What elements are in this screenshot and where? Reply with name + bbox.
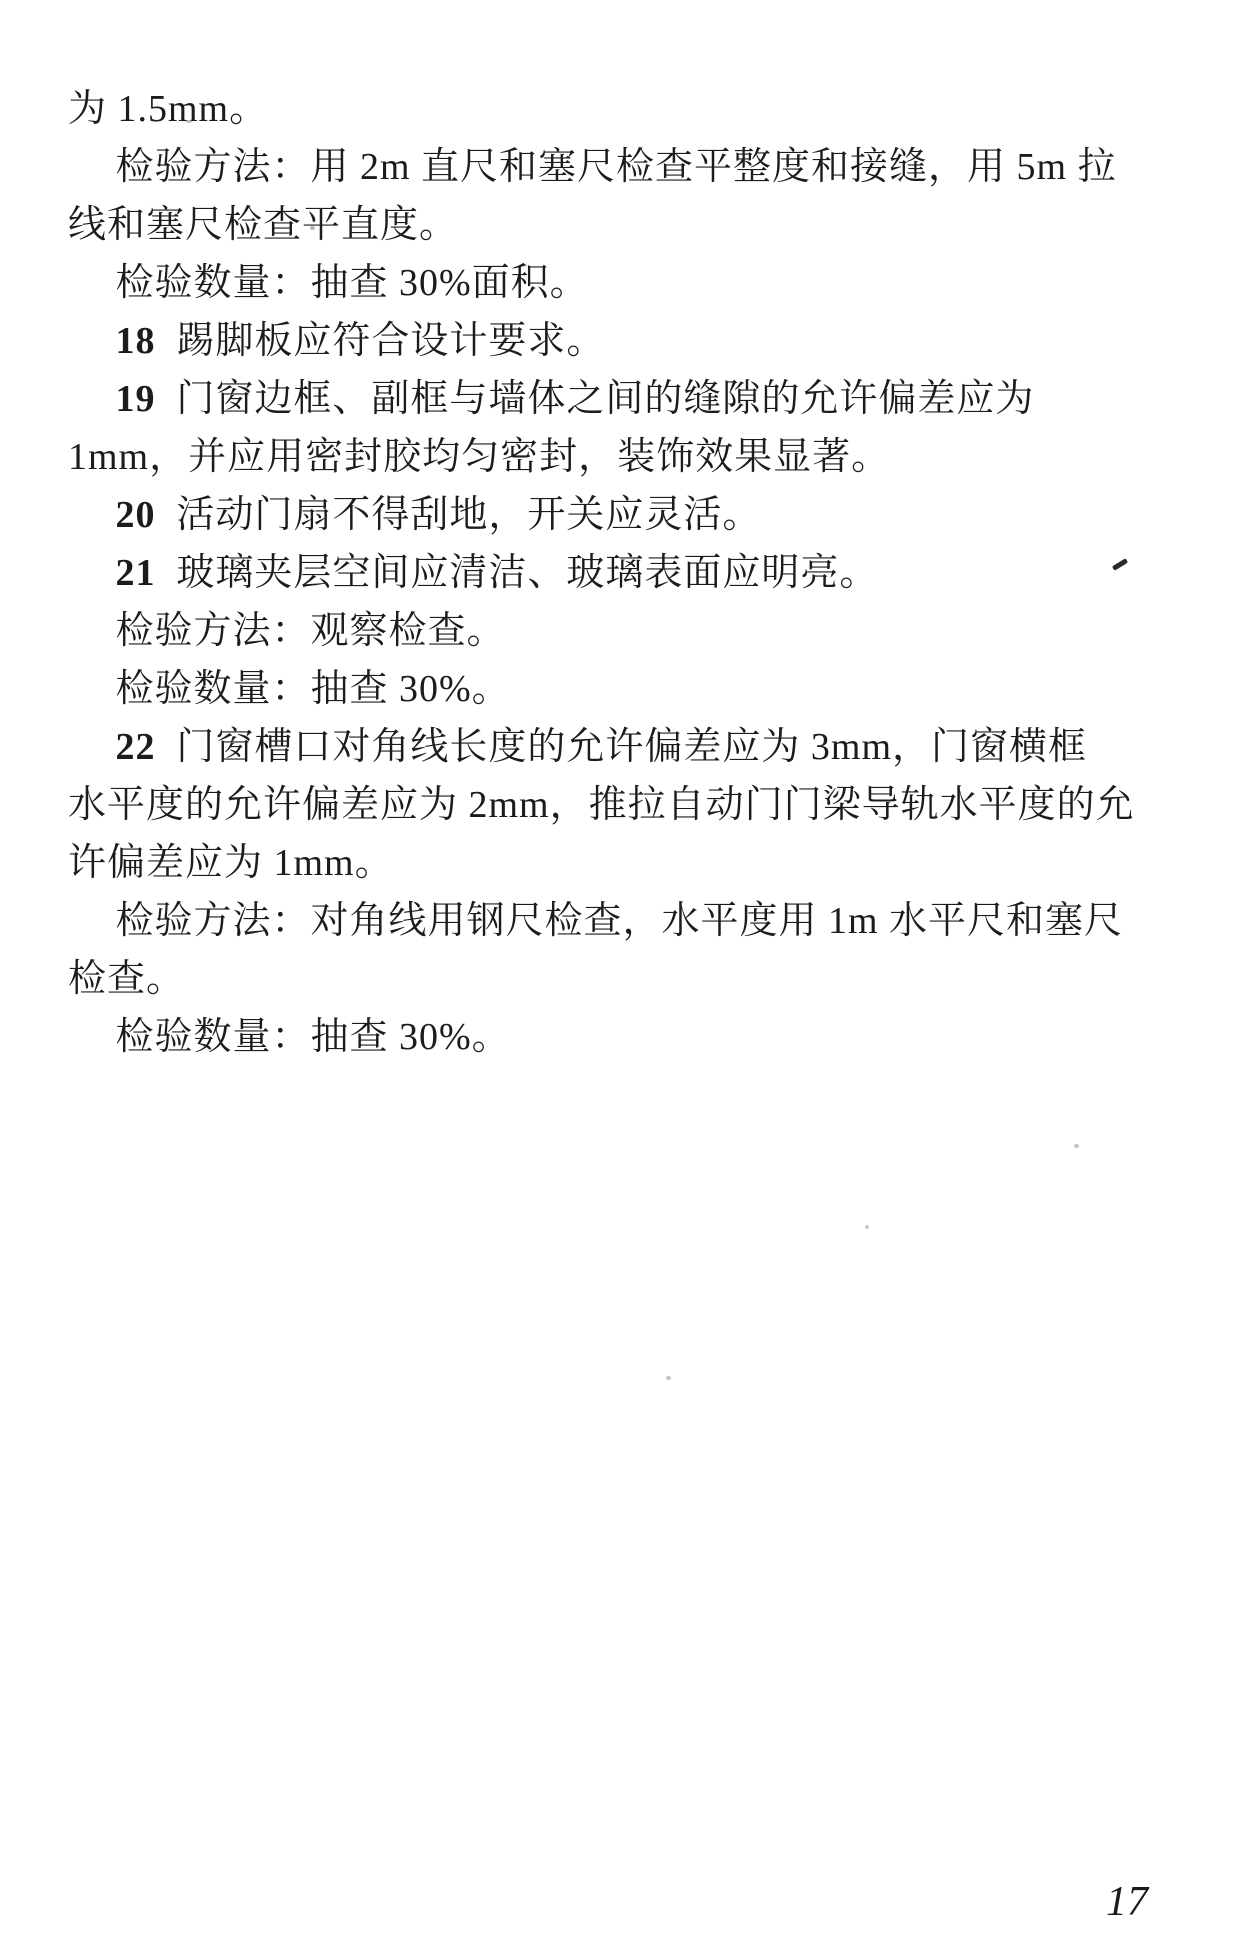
text-line: 检验数量：抽查 30%。 <box>68 1008 1128 1066</box>
item-number: 19 <box>116 378 156 420</box>
text-line: 检验方法：观察检查。 <box>68 602 1128 660</box>
item-number: 20 <box>116 494 156 536</box>
text-line: 检验方法：对角线用钢尺检查，水平度用 1m 水平尺和塞尺 <box>68 892 1128 950</box>
text-line: 检验数量：抽查 30%面积。 <box>68 254 1128 312</box>
scan-artifact <box>865 1225 869 1229</box>
text-line: 检验数量：抽查 30%。 <box>68 660 1128 718</box>
line-text: 线和塞尺检查平直度。 <box>68 204 458 246</box>
text-line: 检查。 <box>68 950 1128 1008</box>
line-text: 检查。 <box>68 958 185 1000</box>
scan-artifact <box>1074 1144 1079 1148</box>
document-page: 为 1.5mm。 检验方法：用 2m 直尺和塞尺检查平整度和接缝，用 5m 拉 … <box>0 0 1248 1950</box>
item-number: 21 <box>116 552 156 594</box>
line-text: 玻璃夹层空间应清洁、玻璃表面应明亮。 <box>176 552 878 594</box>
text-line: 22门窗槽口对角线长度的允许偏差应为 3mm，门窗横框 <box>68 718 1128 776</box>
text-line: 为 1.5mm。 <box>68 80 1128 138</box>
text-line: 线和塞尺检查平直度。 <box>68 196 1128 254</box>
text-line: 水平度的允许偏差应为 2mm，推拉自动门门梁导轨水平度的允 <box>68 776 1128 834</box>
scan-artifact <box>666 1376 671 1380</box>
text-line: 21玻璃夹层空间应清洁、玻璃表面应明亮。 <box>68 544 1128 602</box>
text-line: 许偏差应为 1mm。 <box>68 834 1128 892</box>
line-text: 为 1.5mm。 <box>68 88 268 130</box>
line-text: 1mm，并应用密封胶均匀密封，装饰效果显著。 <box>68 436 890 478</box>
item-number: 18 <box>116 320 156 362</box>
line-text: 门窗边框、副框与墙体之间的缝隙的允许偏差应为 <box>176 378 1034 420</box>
line-text: 活动门扇不得刮地，开关应灵活。 <box>176 494 761 536</box>
line-text: 水平度的允许偏差应为 2mm，推拉自动门门梁导轨水平度的允 <box>68 784 1135 826</box>
text-line: 20活动门扇不得刮地，开关应灵活。 <box>68 486 1128 544</box>
text-line: 检验方法：用 2m 直尺和塞尺检查平整度和接缝，用 5m 拉 <box>68 138 1128 196</box>
line-text: 检验数量：抽查 30%。 <box>116 1016 511 1058</box>
text-line: 1mm，并应用密封胶均匀密封，装饰效果显著。 <box>68 428 1128 486</box>
line-text: 检验方法：对角线用钢尺检查，水平度用 1m 水平尺和塞尺 <box>116 900 1124 942</box>
line-text: 踢脚板应符合设计要求。 <box>176 320 605 362</box>
line-text: 检验方法：观察检查。 <box>116 610 506 652</box>
line-text: 检验方法：用 2m 直尺和塞尺检查平整度和接缝，用 5m 拉 <box>116 146 1117 188</box>
line-text: 门窗槽口对角线长度的允许偏差应为 3mm，门窗横框 <box>176 726 1087 768</box>
line-text: 检验数量：抽查 30%。 <box>116 668 511 710</box>
text-line: 19门窗边框、副框与墙体之间的缝隙的允许偏差应为 <box>68 370 1128 428</box>
text-block: 为 1.5mm。 检验方法：用 2m 直尺和塞尺检查平整度和接缝，用 5m 拉 … <box>68 80 1128 1066</box>
item-number: 22 <box>116 726 156 768</box>
page-number: 17 <box>1106 1878 1148 1926</box>
text-line: 18踢脚板应符合设计要求。 <box>68 312 1128 370</box>
line-text: 检验数量：抽查 30%面积。 <box>116 262 589 304</box>
line-text: 许偏差应为 1mm。 <box>68 842 394 884</box>
